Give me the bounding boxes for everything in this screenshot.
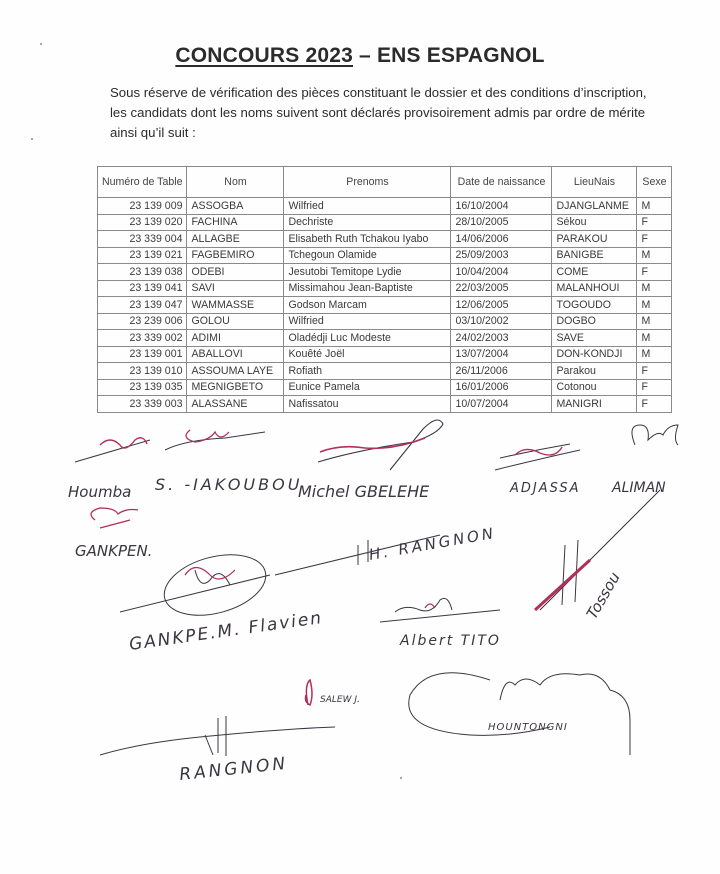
svg-text:Albert TITO: Albert TITO: [399, 633, 501, 649]
scan-speck: [40, 43, 42, 45]
signature-houmba: Houmba: [68, 438, 150, 501]
scan-speck: [400, 777, 402, 779]
signature-hountongni: HOUNTONGNI: [409, 673, 630, 755]
scanned-document-page: CONCOURS 2023 – ENS ESPAGNOL Sous réserv…: [0, 0, 720, 874]
svg-text:H. RANGNON: H. RANGNON: [368, 524, 498, 564]
svg-text:ALIMAN: ALIMAN: [611, 480, 666, 496]
svg-text:GANKPEN.: GANKPEN.: [75, 542, 152, 560]
signature-albert-tito: Albert TITO: [380, 598, 501, 649]
svg-text:ADJASSA: ADJASSA: [509, 481, 581, 496]
svg-text:RANGNON: RANGNON: [178, 754, 289, 785]
signature-salew: SALEW J.: [306, 680, 360, 705]
signature-aliman: ALIMAN: [611, 425, 678, 496]
signature-rangnon: RANGNON: [100, 716, 335, 785]
svg-text:HOUNTONGNI: HOUNTONGNI: [488, 722, 568, 733]
signature-iakoubou: S. -IAKOUBOU: [155, 430, 302, 494]
svg-text:Tossou: Tossou: [583, 569, 624, 622]
signature-adjassa: ADJASSA: [495, 444, 581, 496]
svg-text:SALEW J.: SALEW J.: [320, 695, 360, 705]
signature-h-rangnon: H. RANGNON: [275, 524, 497, 575]
signature-gankpen: GANKPEN.: [75, 508, 152, 560]
signature-gbelehe: Michel GBELEHE: [298, 420, 443, 501]
signature-gankpe-flavien: GANKPE.M. Flavien: [120, 544, 324, 654]
scan-speck: [31, 138, 33, 140]
svg-text:GANKPE.M. Flavien: GANKPE.M. Flavien: [128, 608, 324, 655]
svg-text:S. -IAKOUBOU: S. -IAKOUBOU: [155, 475, 302, 494]
signatures-area: Houmba S. -IAKOUBOU Michel GBELEHE ADJAS…: [0, 0, 720, 874]
signature-tossou: Tossou: [535, 420, 660, 622]
svg-text:Michel GBELEHE: Michel GBELEHE: [298, 482, 430, 501]
svg-text:Houmba: Houmba: [68, 483, 131, 501]
